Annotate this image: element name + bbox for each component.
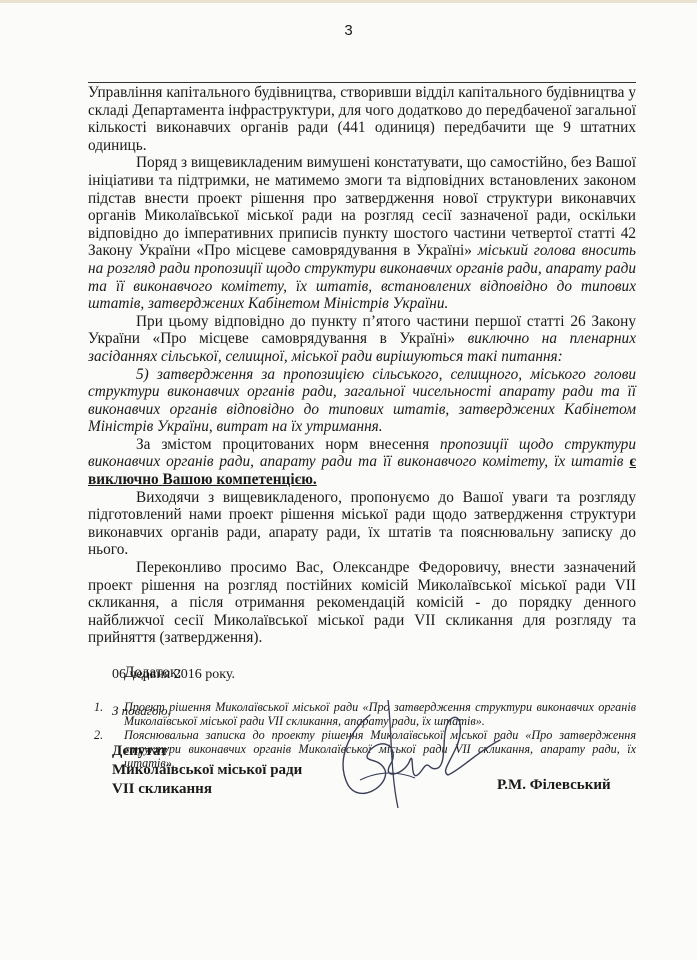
signatory-name: Р.М. Філевський [497, 777, 611, 794]
signatory-position: Депутат Миколаївської міської ради VII с… [112, 742, 302, 799]
paragraph-5-text: За змістом процитованих норм внесення [136, 436, 440, 453]
paragraph-1: Управління капітального будівництва, ств… [88, 84, 636, 154]
regards: З повагою, [112, 703, 171, 719]
paragraph-2: Поряд з вищевикладеним вимушені констату… [88, 154, 636, 312]
handwritten-signature-icon [330, 690, 510, 810]
header-rule [88, 82, 636, 83]
paragraph-7: Переконливо просимо Вас, Олександре Федо… [88, 559, 636, 647]
paragraph-5: За змістом процитованих норм внесення пр… [88, 436, 636, 489]
paragraph-6: Виходячи з вищевикладеного, пропонуємо д… [88, 489, 636, 559]
scan-edge [0, 0, 697, 3]
paragraph-3: При цьому відповідно до пункту п’ятого ч… [88, 313, 636, 366]
page-number: 3 [0, 22, 697, 39]
letter-date: 06 червня 2016 року. [112, 667, 235, 683]
paragraph-4-quote: 5) затвердження за пропозицією сільськог… [88, 366, 636, 436]
